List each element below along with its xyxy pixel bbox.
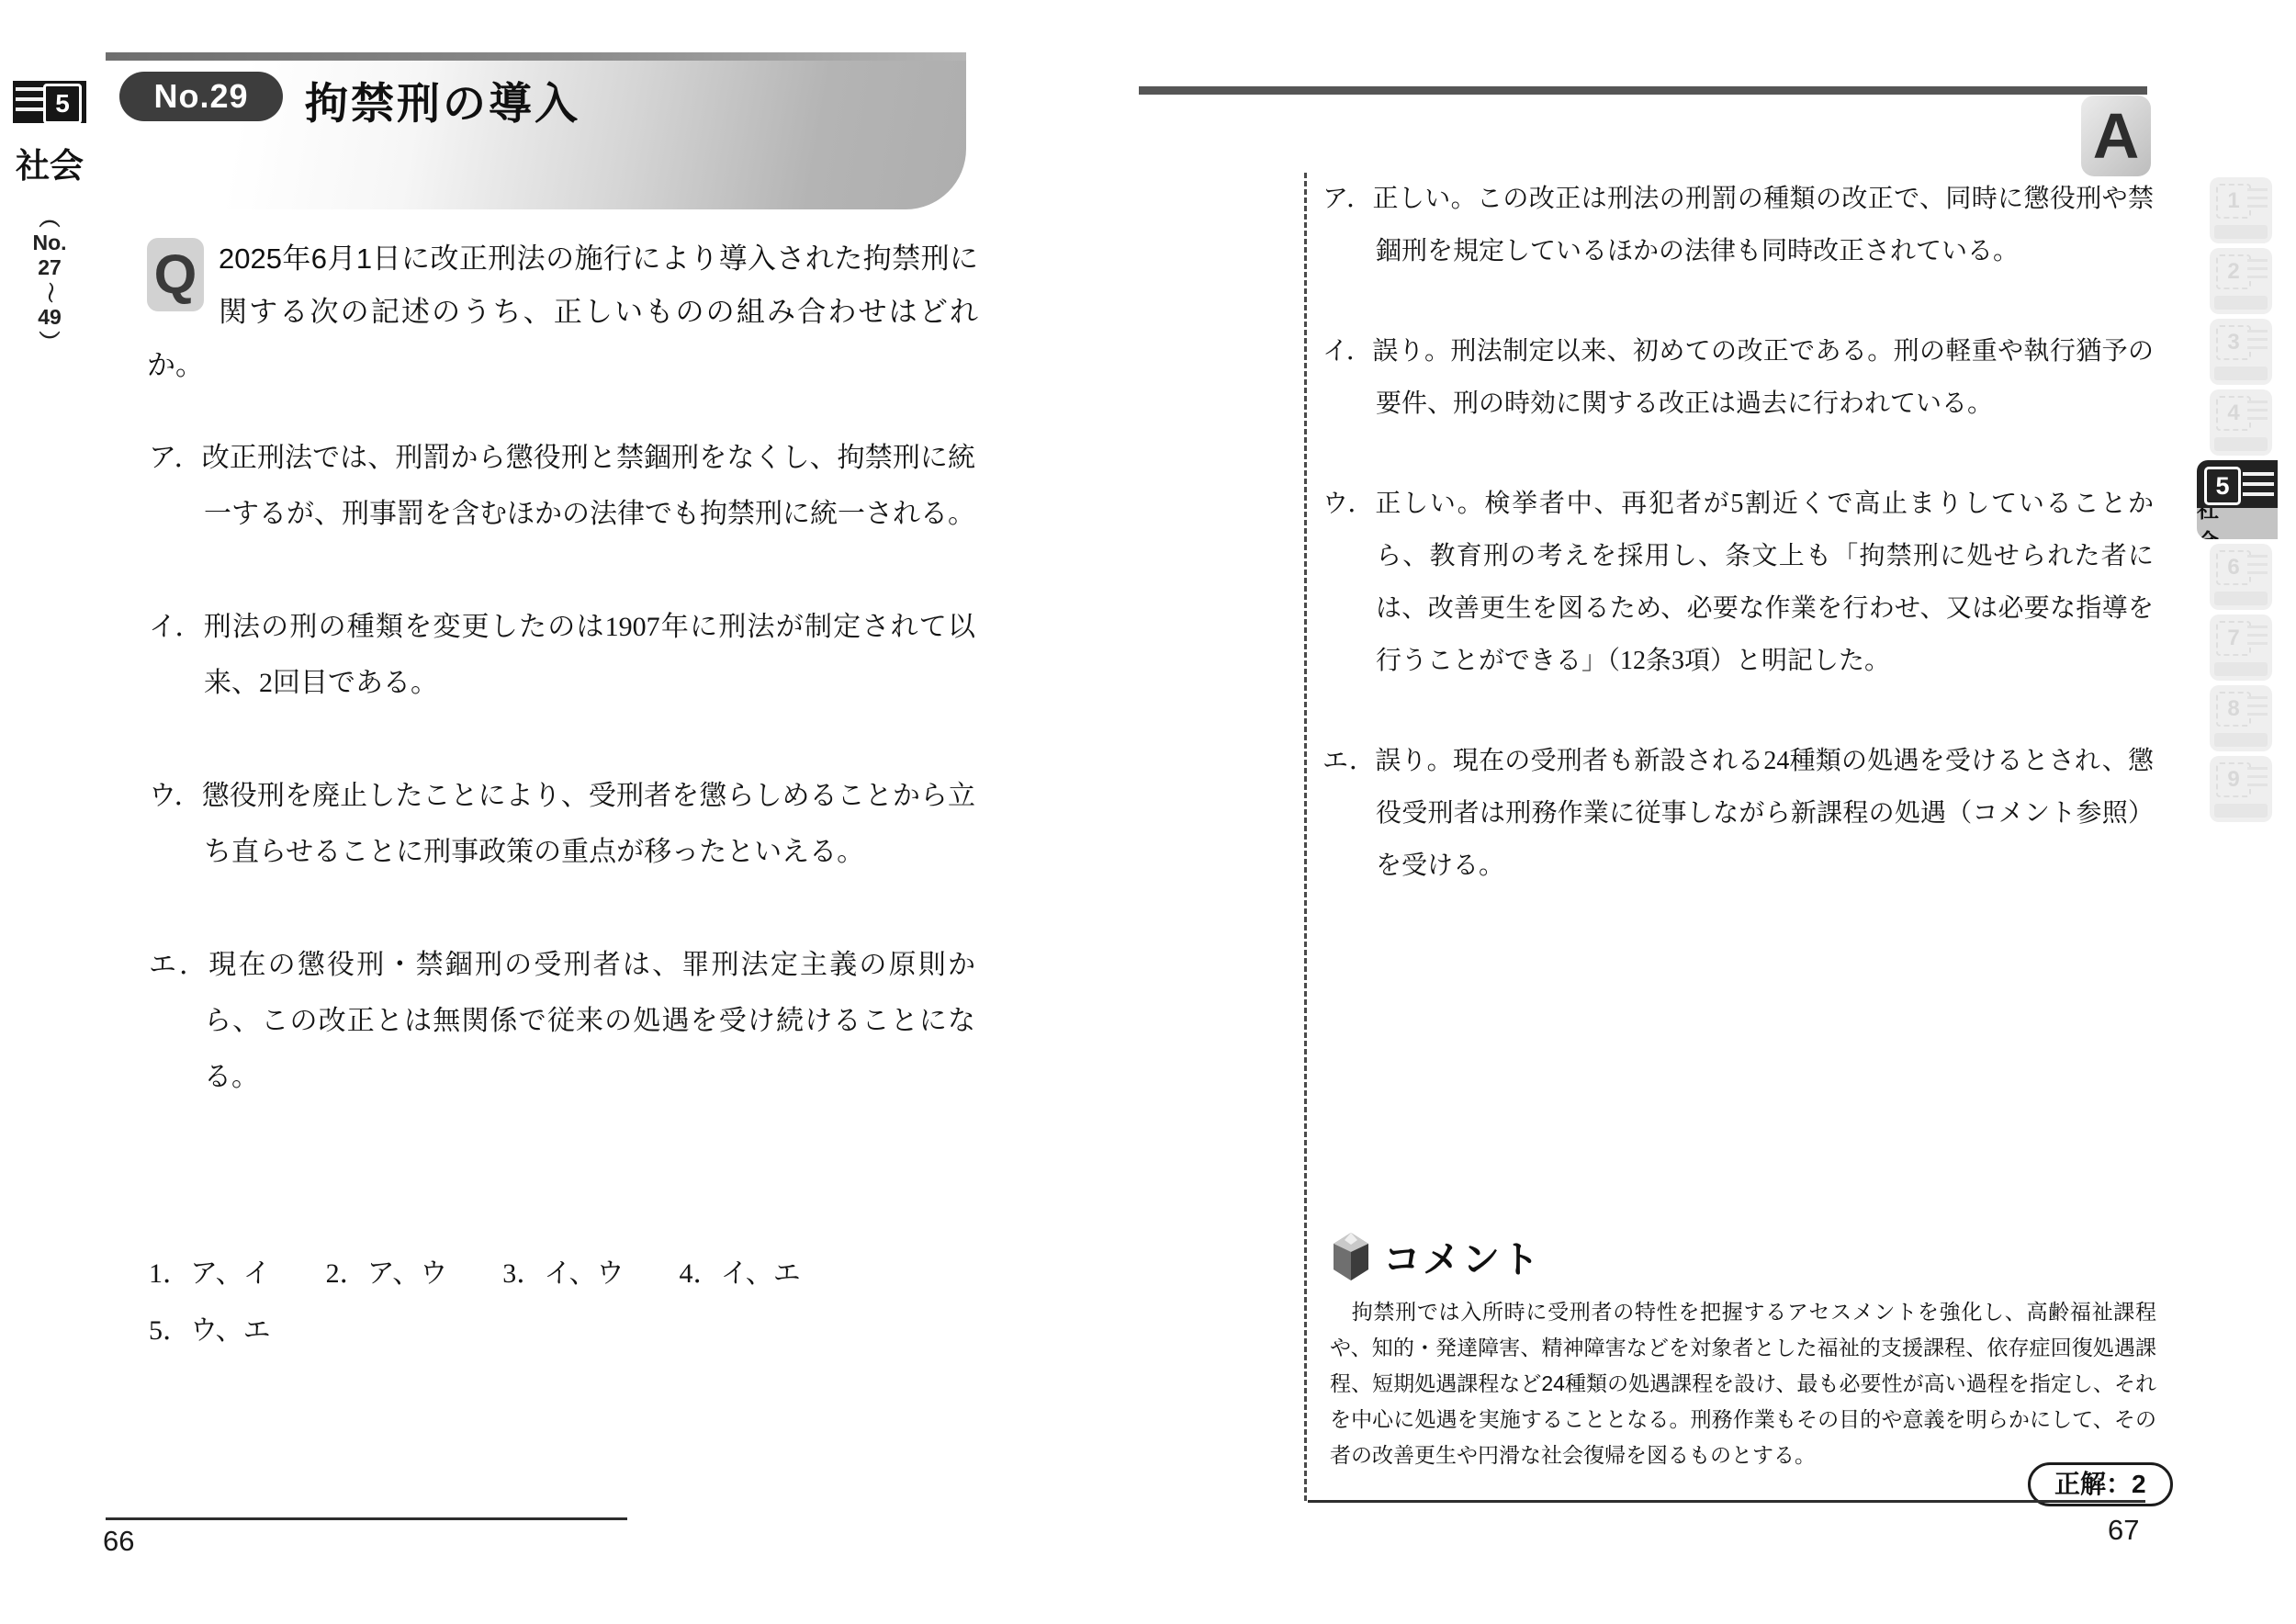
explanation-u-label: ウ． <box>1322 490 1375 518</box>
explanation-i-label: イ． <box>1322 337 1372 366</box>
chapter-tab-9: 9 <box>2210 756 2272 822</box>
range-no: No. <box>13 231 86 255</box>
option-i-text: 刑法の刑の種類を変更したのは1907年に刑法が制定されて以来、2回目である。 <box>204 612 975 698</box>
right-page-number: 67 <box>2108 1514 2139 1547</box>
right-chapter-tabs: 1 2 3 4 5 社 会 6 7 8 9 <box>2210 177 2296 827</box>
choices-row-2: 5．ウ、エ <box>149 1303 975 1359</box>
explanation-a: ア．正しい。この改正は刑法の刑罰の種類の改正で、同時に懲役刑や禁錮刑を規定してい… <box>1322 173 2154 277</box>
chapter-tab-8-label <box>2214 733 2268 747</box>
comment-header: コメント <box>1330 1229 2156 1283</box>
choices-row-1: 1．ア、イ 2．ア、ウ 3．イ、ウ 4．イ、エ <box>149 1246 975 1303</box>
chapter-tab-4-label <box>2214 437 2268 451</box>
question-icon: Q <box>147 238 204 311</box>
option-a-text: 改正刑法では、刑罰から懲役刑と禁錮刑をなくし、拘禁刑に統一するが、刑事罰を含むほ… <box>202 443 975 529</box>
left-section-tab-badge: 5 <box>13 81 86 123</box>
stripes-icon <box>2247 259 2268 281</box>
option-u-label: ウ． <box>149 781 202 811</box>
comment-heading: コメント <box>1383 1229 1541 1283</box>
chapter-tab-4: 4 <box>2210 389 2272 456</box>
chapter-tab-5-badge: 5 <box>2197 460 2278 508</box>
comment-section: コメント 拘禁刑では入所時に受刑者の特性を把握するアセスメントを強化し、高齢福祉… <box>1330 1229 2156 1473</box>
paren-open: ︵ <box>13 206 86 231</box>
option-list: ア．改正刑法では、刑罰から懲役刑と禁錮刑をなくし、拘禁刑に統一するが、刑事罰を含… <box>149 430 975 1162</box>
paren-close: ︶ <box>13 330 86 355</box>
chapter-tab-1: 1 <box>2210 177 2272 243</box>
option-e-label: エ． <box>149 950 208 980</box>
range-tilde: 〜 <box>13 280 86 305</box>
option-i: イ．刑法の刑の種類を変更したのは1907年に刑法が制定されて以来、2回目である。 <box>149 599 975 711</box>
chapter-tab-9-label <box>2214 804 2268 818</box>
explanation-u-text: 正しい。検挙者中、再犯者が5割近くで高止まりしていることから、教育刑の考えを採用… <box>1375 490 2154 675</box>
stripes-icon <box>2247 696 2268 718</box>
stripes-icon <box>2247 330 2268 352</box>
option-i-label: イ． <box>149 612 204 642</box>
chapter-tab-7-label <box>2214 662 2268 676</box>
option-a: ア．改正刑法では、刑罰から懲役刑と禁錮刑をなくし、拘禁刑に統一するが、刑事罰を含… <box>149 430 975 542</box>
chapter-tab-4-number: 4 <box>2216 396 2251 431</box>
chapter-tab-7-number: 7 <box>2216 621 2251 656</box>
question-block: Q 2025年6月1日に改正刑法の施行により導入された拘禁刑に関する次の記述のう… <box>147 232 978 392</box>
comment-body: 拘禁刑では入所時に受刑者の特性を把握するアセスメントを強化し、高齢福祉課程や、知… <box>1330 1294 2156 1473</box>
chapter-tab-2-number: 2 <box>2216 254 2251 289</box>
chapter-tab-9-number: 9 <box>2216 762 2251 797</box>
stripes-icon <box>2243 472 2274 498</box>
left-page-top-rule <box>106 52 966 61</box>
chapter-tab-8-number: 8 <box>2216 692 2251 727</box>
chapter-tab-5-label: 社 会 <box>2197 508 2278 539</box>
chapter-tab-2: 2 <box>2210 248 2272 314</box>
explanation-i-text: 誤り。刑法制定以来、初めての改正である。刑の軽重や執行猶予の要件、刑の時効に関す… <box>1372 337 2154 418</box>
chapter-tab-2-label <box>2214 296 2268 310</box>
option-e: エ．現在の懲役刑・禁錮刑の受刑者は、罪刑法定主義の原則から、この改正とは無関係で… <box>149 937 975 1105</box>
chapter-tab-1-number: 1 <box>2216 184 2251 219</box>
explanation-e-text: 誤り。現在の受刑者も新設される24種類の処遇を受けるとされ、懲役受刑者は刑務作業… <box>1375 747 2154 880</box>
chapter-tab-1-label <box>2214 225 2268 239</box>
gem-icon <box>1330 1232 1372 1281</box>
question-text: 2025年6月1日に改正刑法の施行により導入された拘禁刑に関する次の記述のうち、… <box>147 242 978 381</box>
explanation-list: ア．正しい。この改正は刑法の刑罰の種類の改正で、同時に懲役刑や禁錮刑を規定してい… <box>1322 173 2154 940</box>
range-from: 27 <box>13 255 86 280</box>
explanation-a-label: ア． <box>1322 185 1373 213</box>
chapter-tab-6-label <box>2214 592 2268 605</box>
chapter-tab-5-number: 5 <box>2204 467 2241 505</box>
question-number-badge: No.29 <box>119 72 283 121</box>
chapter-tab-3: 3 <box>2210 319 2272 385</box>
choices-block: 1．ア、イ 2．ア、ウ 3．イ、ウ 4．イ、エ 5．ウ、エ <box>149 1246 975 1359</box>
chapter-tab-6-number: 6 <box>2216 550 2251 585</box>
right-page-footer-rule <box>1308 1500 2145 1503</box>
option-u: ウ．懲役刑を廃止したことにより、受刑者を懲らしめることから立ち直らせることに刑事… <box>149 768 975 880</box>
answer-column-dashed-rule <box>1304 173 1307 1501</box>
question-title: 拘禁刑の導入 <box>305 70 580 131</box>
answer-badge: A <box>2081 96 2151 176</box>
explanation-i: イ．誤り。刑法制定以来、初めての改正である。刑の軽重や執行猶予の要件、刑の時効に… <box>1322 325 2154 430</box>
stripes-icon <box>2247 626 2268 648</box>
stripes-icon <box>2247 767 2268 789</box>
chapter-tab-3-label <box>2214 367 2268 380</box>
explanation-e: エ．誤り。現在の受刑者も新設される24種類の処遇を受けるとされ、懲役受刑者は刑務… <box>1322 735 2154 892</box>
chapter-tab-5-active: 5 社 会 <box>2197 460 2278 539</box>
left-section-tab: 5 社会 ︵ No. 27 〜 49 ︶ <box>13 81 86 355</box>
option-e-text: 現在の懲役刑・禁錮刑の受刑者は、罪刑法定主義の原則から、この改正とは無関係で従来… <box>204 950 975 1092</box>
section-range-vertical: ︵ No. 27 〜 49 ︶ <box>13 206 86 355</box>
stripes-icon <box>2247 188 2268 210</box>
left-page-number: 66 <box>103 1525 134 1558</box>
right-page-top-rule <box>1139 86 2147 95</box>
stripes-icon <box>2247 555 2268 577</box>
option-u-text: 懲役刑を廃止したことにより、受刑者を懲らしめることから立ち直らせることに刑事政策… <box>202 781 975 867</box>
explanation-e-label: エ． <box>1322 747 1375 775</box>
section-label-vertical: 社会 <box>13 140 86 193</box>
option-a-label: ア． <box>149 443 202 473</box>
chapter-tab-8: 8 <box>2210 685 2272 751</box>
explanation-a-text: 正しい。この改正は刑法の刑罰の種類の改正で、同時に懲役刑や禁錮刑を規定しているほ… <box>1373 185 2154 265</box>
chapter-tab-3-number: 3 <box>2216 325 2251 360</box>
explanation-u: ウ．正しい。検挙者中、再犯者が5割近くで高止まりしていることから、教育刑の考えを… <box>1322 478 2154 687</box>
left-page-footer-rule <box>106 1517 627 1520</box>
stripes-icon <box>2247 400 2268 423</box>
chapter-tab-6: 6 <box>2210 544 2272 610</box>
range-to: 49 <box>13 305 86 330</box>
section-number: 5 <box>43 84 82 124</box>
chapter-tab-7: 7 <box>2210 615 2272 681</box>
